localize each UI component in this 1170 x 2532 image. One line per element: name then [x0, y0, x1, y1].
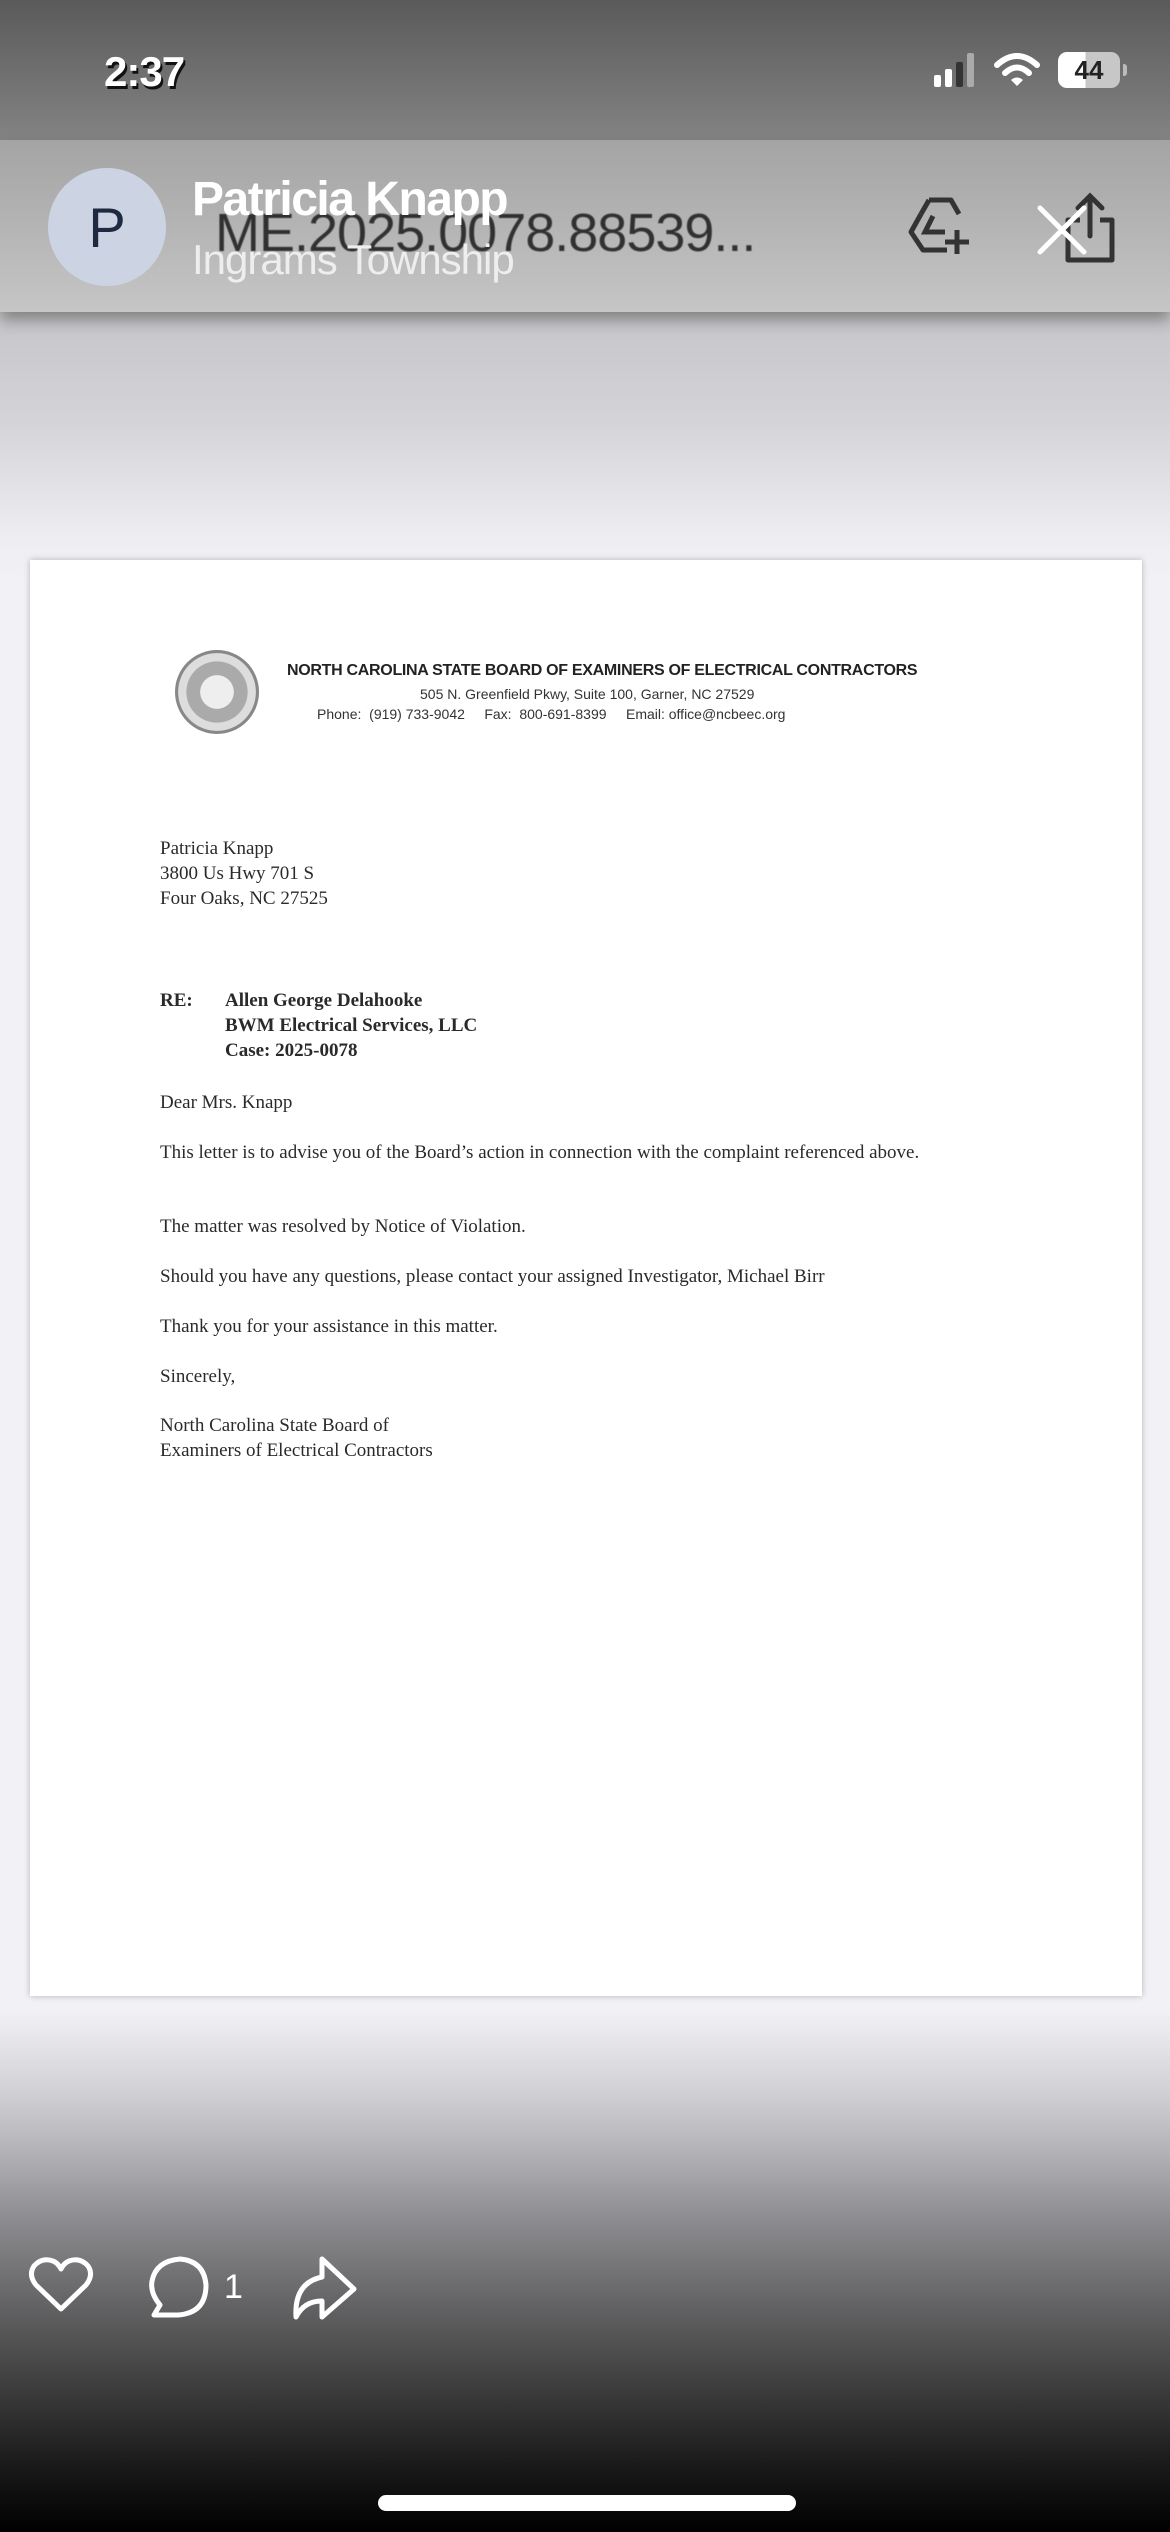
paragraph-4: Thank you for your assistance in this ma… — [160, 1314, 980, 1339]
re-label: RE: — [160, 988, 193, 1013]
comment-button[interactable]: 1 — [148, 2255, 243, 2319]
recipient-block: Patricia Knapp 3800 Us Hwy 701 S Four Oa… — [160, 836, 328, 911]
comment-icon — [148, 2255, 212, 2319]
comment-count: 1 — [224, 2268, 243, 2307]
close-icon — [1034, 202, 1090, 258]
document-page: NORTH CAROLINA STATE BOARD OF EXAMINERS … — [30, 560, 1142, 1996]
avatar[interactable]: P — [48, 168, 166, 286]
like-button[interactable] — [28, 2255, 94, 2315]
letterhead: NORTH CAROLINA STATE BOARD OF EXAMINERS … — [175, 650, 935, 745]
re-company: BWM Electrical Services, LLC — [225, 1013, 477, 1038]
user-name[interactable]: Patricia Knapp — [192, 172, 507, 227]
status-bar: 2:37 44 — [0, 0, 1170, 140]
state-seal-icon — [175, 650, 259, 734]
paragraph-3: Should you have any questions, please co… — [160, 1264, 980, 1289]
heart-icon — [28, 2255, 94, 2315]
signature-line-1: North Carolina State Board of — [160, 1413, 433, 1438]
recipient-street: 3800 Us Hwy 701 S — [160, 861, 328, 886]
re-subject-name: Allen George Delahooke — [225, 988, 477, 1013]
organization-name: NORTH CAROLINA STATE BOARD OF EXAMINERS … — [287, 662, 917, 680]
viewer-header: P ME.2025.0078.88539... Patricia Knapp I… — [0, 140, 1170, 312]
re-case: Case: 2025-0078 — [225, 1038, 477, 1063]
close-button[interactable] — [1030, 198, 1094, 262]
wifi-icon — [994, 53, 1040, 87]
organization-address: 505 N. Greenfield Pkwy, Suite 100, Garne… — [420, 686, 754, 702]
user-location: Ingrams Township — [192, 236, 514, 284]
closing: Sincerely, — [160, 1364, 980, 1389]
organization-contact: Phone: (919) 733-9042 Fax: 800-691-8399 … — [317, 706, 785, 722]
salutation: Dear Mrs. Knapp — [160, 1090, 980, 1115]
cellular-signal-icon — [934, 53, 976, 87]
share-arrow-icon — [292, 2255, 358, 2321]
status-time: 2:37 — [104, 48, 184, 96]
signature-block: North Carolina State Board of Examiners … — [160, 1413, 433, 1463]
recipient-city: Four Oaks, NC 27525 — [160, 886, 328, 911]
recipient-name: Patricia Knapp — [160, 836, 328, 861]
home-indicator[interactable] — [378, 2495, 796, 2511]
share-post-button[interactable] — [292, 2255, 358, 2321]
add-to-drive-button[interactable] — [905, 192, 975, 262]
action-bar: 1 — [0, 2255, 600, 2335]
battery-level: 44 — [1075, 55, 1104, 86]
signature-line-2: Examiners of Electrical Contractors — [160, 1438, 433, 1463]
paragraph-1: This letter is to advise you of the Boar… — [160, 1140, 980, 1165]
paragraph-2: The matter was resolved by Notice of Vio… — [160, 1214, 980, 1239]
battery-icon: 44 — [1058, 52, 1120, 88]
status-icons: 44 — [934, 52, 1120, 88]
add-to-drive-icon — [907, 194, 973, 260]
